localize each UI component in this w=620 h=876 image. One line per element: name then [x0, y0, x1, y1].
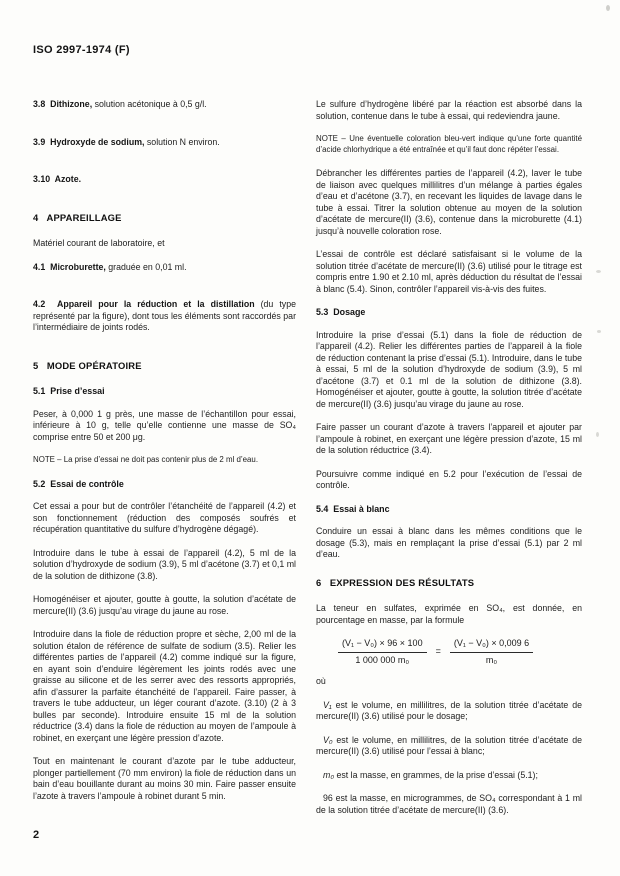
formula-fraction-right: (V₁ − V₀) × 0,009 6m₀: [450, 638, 533, 666]
definition-item-lead: m₀: [323, 770, 334, 780]
scan-artifact: [597, 330, 601, 333]
paragraph: L’essai de contrôle est déclaré satisfai…: [316, 249, 582, 295]
list-item-lead: 3.10 Azote.: [33, 174, 81, 184]
paragraph: Matériel courant de laboratoire, et: [33, 238, 296, 250]
subsection-heading: 5.3 Dosage: [316, 307, 582, 319]
list-item-lead: 3.9 Hydroxyde de sodium,: [33, 137, 144, 147]
document-reference-header: ISO 2997-1974 (F): [33, 44, 130, 56]
definition-item: m₀ est la masse, en grammes, de la prise…: [316, 770, 582, 782]
list-item-lead: 4.2 Appareil pour la réduction et la dis…: [33, 299, 255, 309]
subsection-heading: 5.1 Prise d’essai: [33, 386, 296, 398]
list-item: 3.8 Dithizone, solution acétonique à 0,5…: [33, 99, 296, 111]
list-item-lead: 3.8 Dithizone,: [33, 99, 92, 109]
paragraph: Débrancher les différentes parties de l’…: [316, 168, 582, 237]
paragraph: Introduire dans le tube à essai de l’app…: [33, 548, 296, 583]
paragraph: Faire passer un courant d’azote à traver…: [316, 422, 582, 457]
paragraph: Tout en maintenant le courant d’azote pa…: [33, 756, 296, 802]
section-heading: 5 MODE OPÉRATOIRE: [33, 360, 296, 372]
note-text: NOTE – Une éventuelle coloration bleu-ve…: [316, 134, 582, 155]
list-item-lead: 4.1 Microburette,: [33, 262, 106, 272]
definition-item: V₀ est le volume, en millilitres, de la …: [316, 735, 582, 758]
paragraph: Poursuivre comme indiqué en 5.2 pour l’e…: [316, 469, 582, 492]
page-number: 2: [33, 829, 39, 841]
paragraph: Homogénéiser et ajouter, goutte à goutte…: [33, 594, 296, 617]
scan-artifact: [606, 5, 610, 11]
paragraph: Introduire dans la fiole de réduction pr…: [33, 629, 296, 744]
note-text: NOTE – La prise d’essai ne doit pas cont…: [33, 455, 296, 466]
paragraph: Le sulfure d’hydrogène libéré par la réa…: [316, 99, 582, 122]
subsection-heading: 5.4 Essai à blanc: [316, 504, 582, 516]
list-item: 3.10 Azote.: [33, 174, 296, 186]
fraction-denominator: m₀: [486, 653, 497, 667]
paragraph: Introduire la prise d’essai (5.1) dans l…: [316, 330, 582, 411]
section-heading: 6 EXPRESSION DES RÉSULTATS: [316, 577, 582, 589]
definition-item-lead: V₀: [323, 735, 333, 745]
scan-artifact: [596, 270, 601, 273]
list-item: 4.2 Appareil pour la réduction et la dis…: [33, 299, 296, 334]
definition-item: 96 est la masse, en microgrammes, de SO₄…: [316, 793, 582, 816]
paragraph: Conduire un essai à blanc dans les mêmes…: [316, 526, 582, 561]
fraction-numerator: (V₁ − V₀) × 96 × 100: [338, 638, 427, 653]
formula-fraction-left: (V₁ − V₀) × 96 × 1001 000 000 m₀: [338, 638, 427, 666]
results-formula: (V₁ − V₀) × 96 × 1001 000 000 m₀=(V₁ − V…: [316, 638, 582, 666]
paragraph: où: [316, 676, 582, 688]
document-page: ISO 2997-1974 (F) 3.8 Dithizone, solutio…: [0, 0, 620, 876]
definition-item-lead: V₁: [323, 700, 332, 710]
list-item: 3.9 Hydroxyde de sodium, solution N envi…: [33, 137, 296, 149]
scan-artifact: [596, 432, 599, 437]
paragraph: Peser, à 0,000 1 g près, une masse de l’…: [33, 409, 296, 444]
section-heading: 4 APPAREILLAGE: [33, 212, 296, 224]
list-item: 4.1 Microburette, graduée en 0,01 ml.: [33, 262, 296, 274]
paragraph: La teneur en sulfates, exprimée en SO₄, …: [316, 603, 582, 626]
definition-item: V₁ est le volume, en millilitres, de la …: [316, 700, 582, 723]
subsection-heading: 5.2 Essai de contrôle: [33, 479, 296, 491]
paragraph: Cet essai a pour but de contrôler l’étan…: [33, 501, 296, 536]
left-column: 3.8 Dithizone, solution acétonique à 0,5…: [33, 99, 296, 814]
right-column: Le sulfure d’hydrogène libéré par la réa…: [316, 99, 582, 828]
equals-sign: =: [436, 646, 441, 658]
fraction-denominator: 1 000 000 m₀: [355, 653, 409, 667]
fraction-numerator: (V₁ − V₀) × 0,009 6: [450, 638, 533, 653]
definition-item-lead: 96: [323, 793, 333, 803]
